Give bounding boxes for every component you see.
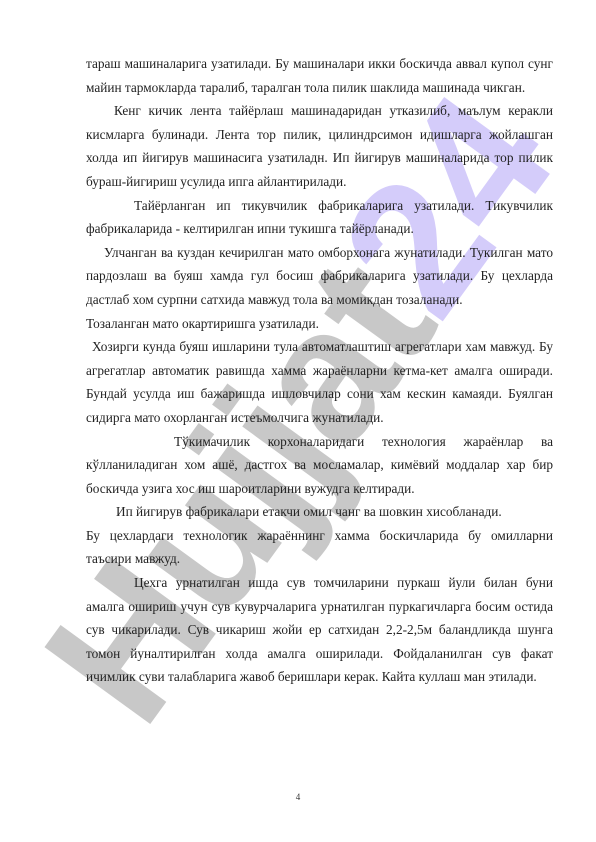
- paragraph: Тайёрланган ип тикувчилик фабрикаларига …: [86, 194, 553, 241]
- paragraph: Тозаланган мато окартиришга узатилади.: [86, 312, 553, 336]
- paragraph: Кенг кичик лента тайёрлаш машинадаридан …: [86, 99, 553, 193]
- paragraph: тараш машиналарига узатилади. Бу машинал…: [86, 52, 553, 99]
- paragraph: Тўкимачилик корхоналаридаги технология ж…: [86, 430, 553, 501]
- paragraph: Хозирги кунда буяш ишларини тула автомат…: [86, 335, 553, 429]
- paragraph: Ип йигирув фабрикалари етакчи омил чанг …: [86, 500, 553, 524]
- paragraph: Бу цехлардаги технологик жараённинг хамм…: [86, 524, 553, 571]
- document-body: тараш машиналарига узатилади. Бу машинал…: [86, 52, 553, 689]
- paragraph: Улчанган ва куздан кечирилган мато омбор…: [86, 241, 553, 312]
- paragraph: Цехга урнатилган ишда сув томчиларини пу…: [86, 571, 553, 689]
- page-number: 4: [0, 792, 596, 802]
